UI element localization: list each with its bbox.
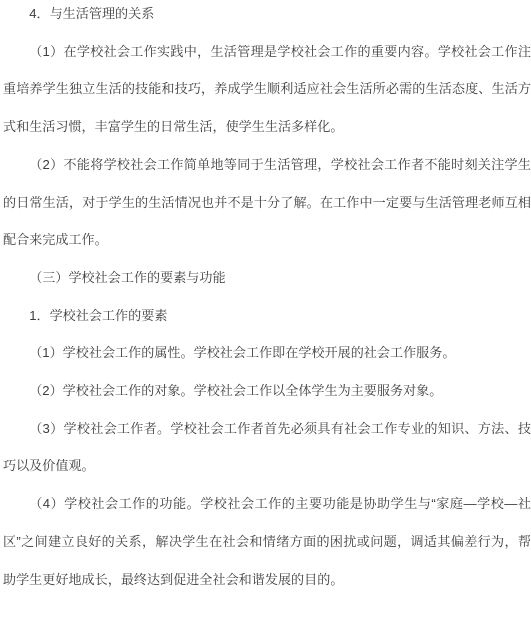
paragraph-body: （3）学校社会工作者。学校社会工作者首先必须具有社会工作专业的知识、方法、技巧以…	[3, 410, 531, 485]
paragraph-numbered-heading: 4．与生活管理的关系	[3, 0, 531, 33]
document-page: 4．与生活管理的关系（1）在学校社会工作实践中，生活管理是学校社会工作的重要内容…	[0, 0, 531, 617]
paragraph-section-heading: （三）学校社会工作的要素与功能	[3, 259, 531, 297]
paragraph-body: （2）不能将学校社会工作简单地等同于生活管理，学校社会工作者不能时刻关注学生的日…	[3, 146, 531, 259]
paragraph-body: （1）在学校社会工作实践中，生活管理是学校社会工作的重要内容。学校社会工作注重培…	[3, 33, 531, 146]
paragraph-body: （4）学校社会工作的功能。学校社会工作的主要功能是协助学生与“家庭—学校—社区”…	[3, 485, 531, 598]
paragraph-body: （1）学校社会工作的属性。学校社会工作即在学校开展的社会工作服务。	[3, 334, 531, 372]
paragraph-body: （2）学校社会工作的对象。学校社会工作以全体学生为主要服务对象。	[3, 372, 531, 410]
paragraph-numbered-heading: 1．学校社会工作的要素	[3, 297, 531, 335]
